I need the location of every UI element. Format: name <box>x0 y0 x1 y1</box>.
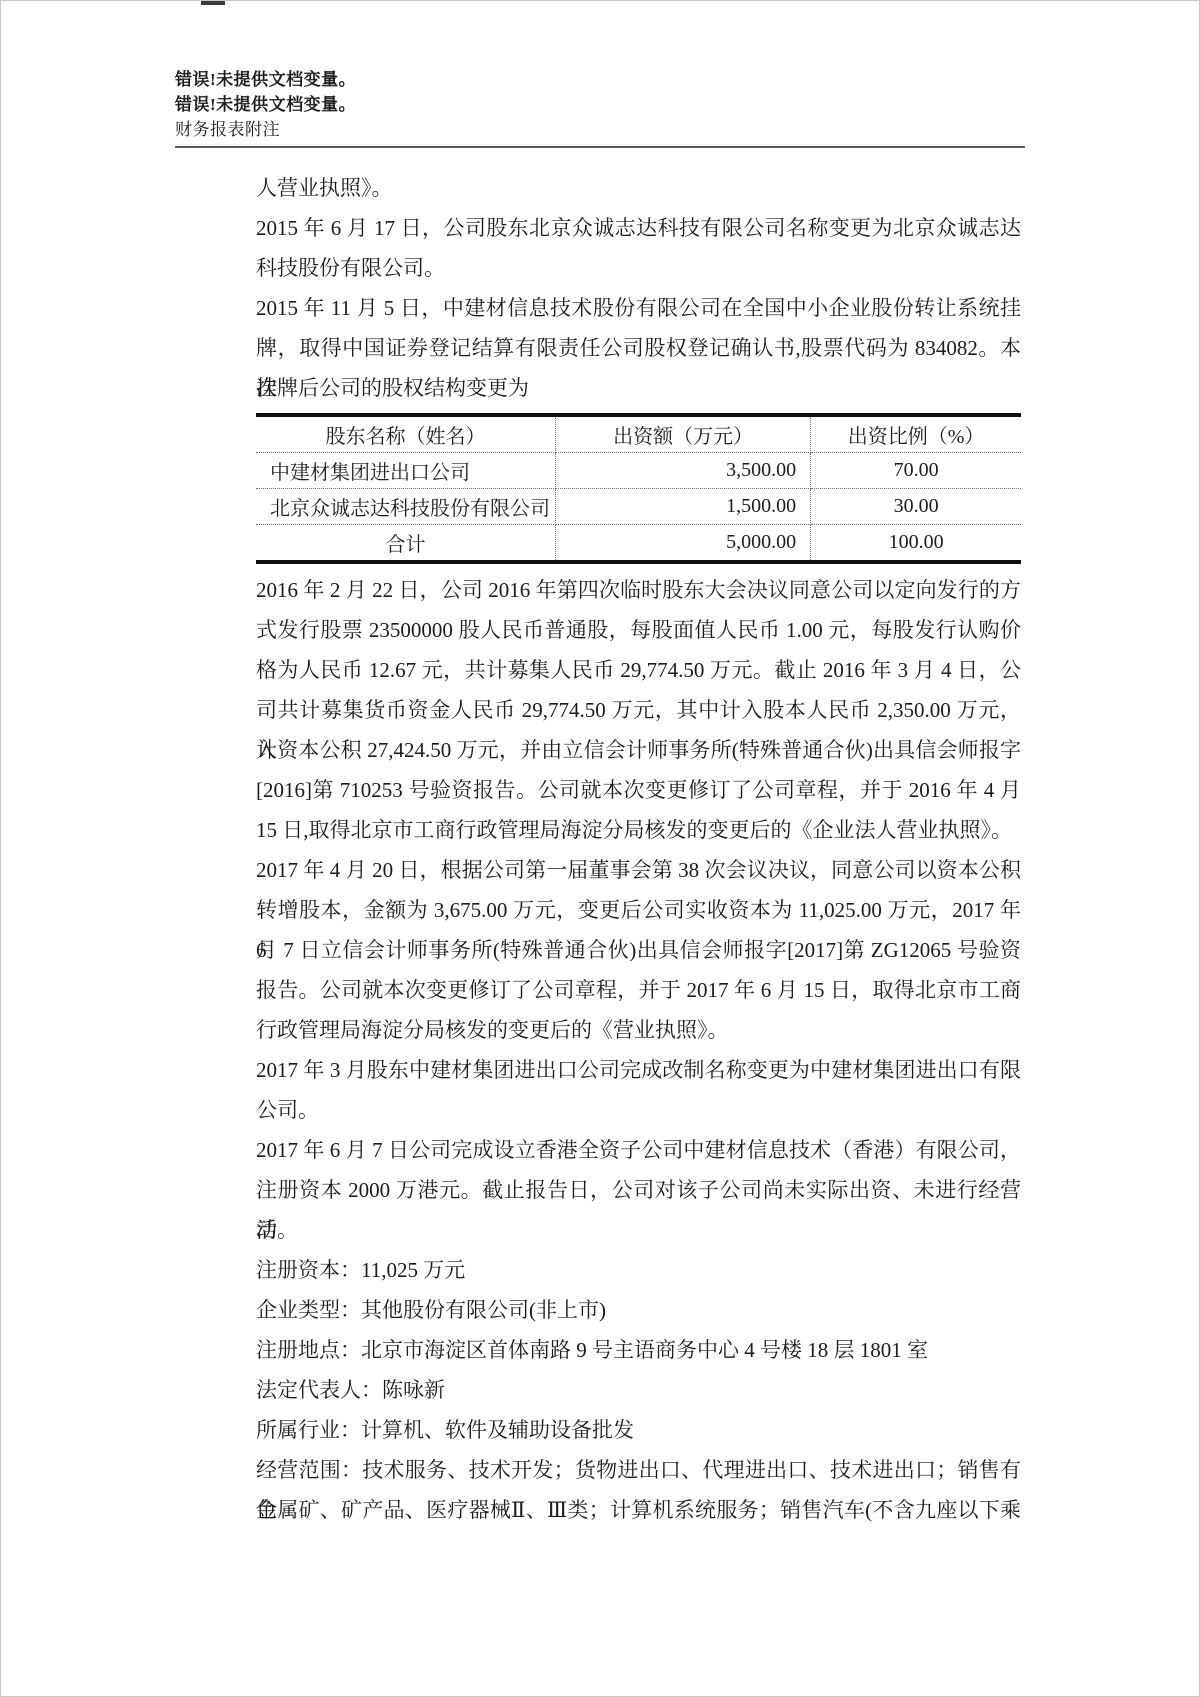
paragraph-2016-02-22: 2016 年 2 月 22 日，公司 2016 年第四次临时股东大会决议同意公司… <box>256 570 1021 850</box>
total-ratio-cell: 100.00 <box>811 525 1021 563</box>
text-line: 2017 年 3 月股东中建材集团进出口公司完成改制名称变更为中建材集团进出口有… <box>256 1050 1021 1090</box>
info-registered-capital: 注册资本：11,025 万元 <box>256 1250 1021 1290</box>
table-cell: 中建材集团进出口公司 <box>256 453 556 489</box>
text-line: 2015 年 11 月 5 日，中建材信息技术股份有限公司在全国中小企业股份转让… <box>256 288 1021 328</box>
col-header-contribution-amount: 出资额（万元） <box>556 415 811 453</box>
header-error-line-2: 错误!未提供文档变量。 <box>175 92 1025 117</box>
total-label-cell: 合计 <box>256 525 556 563</box>
page-header: 错误!未提供文档变量。 错误!未提供文档变量。 财务报表附注 <box>175 67 1025 148</box>
header-error-line-1: 错误!未提供文档变量。 <box>175 67 1025 92</box>
text-line: 动。 <box>256 1210 1021 1250</box>
table-total-row: 合计 5,000.00 100.00 <box>256 525 1021 563</box>
text-line: 牌，取得中国证券登记结算有限责任公司股权登记确认书,股票代码为 834082。本… <box>256 328 1021 368</box>
text-line: 转增股本，金额为 3,675.00 万元，变更后公司实收资本为 11,025.0… <box>256 890 1021 930</box>
text-line: 人营业执照》。 <box>256 168 1021 208</box>
text-line: 司共计募集货币资金人民币 29,774.50 万元，其中计入股本人民币 2,35… <box>256 690 1021 730</box>
table-row: 中建材集团进出口公司3,500.0070.00 <box>256 453 1021 489</box>
table-cell: 北京众诚志达科技股份有限公司 <box>256 489 556 525</box>
table-cell: 3,500.00 <box>556 453 811 489</box>
text-line: 格为人民币 12.67 元，共计募集人民币 29,774.50 万元。截止 20… <box>256 650 1021 690</box>
paragraph-business-scope: 经营范围：技术服务、技术开发；货物进出口、代理进出口、技术进出口；销售有色金属矿… <box>256 1450 1021 1530</box>
text-line: 2017 年 4 月 20 日，根据公司第一届董事会第 38 次会议决议，同意公… <box>256 850 1021 890</box>
text-line: 经营范围：技术服务、技术开发；货物进出口、代理进出口、技术进出口；销售有色 <box>256 1450 1021 1490</box>
text-line: 入资本公积 27,424.50 万元，并由立信会计师事务所(特殊普通合伙)出具信… <box>256 730 1021 770</box>
col-header-contribution-ratio: 出资比例（%） <box>811 415 1021 453</box>
info-company-type: 企业类型：其他股份有限公司(非上市) <box>256 1290 1021 1330</box>
document-body: 人营业执照》。 2015 年 6 月 17 日，公司股东北京众诚志达科技有限公司… <box>256 168 1021 1530</box>
text-line: 公司。 <box>256 1090 1021 1130</box>
paragraph-2017-04-20: 2017 年 4 月 20 日，根据公司第一届董事会第 38 次会议决议，同意公… <box>256 850 1021 1050</box>
text-line: 金属矿、矿产品、医疗器械Ⅱ、Ⅲ类；计算机系统服务；销售汽车(不含九座以下乘 <box>256 1490 1021 1530</box>
text-line: 2017 年 6 月 7 日公司完成设立香港全资子公司中建材信息技术（香港）有限… <box>256 1130 1021 1170</box>
table-cell: 30.00 <box>811 489 1021 525</box>
text-line: 挂牌后公司的股权结构变更为 <box>256 368 1021 408</box>
text-line: 2016 年 2 月 22 日，公司 2016 年第四次临时股东大会决议同意公司… <box>256 570 1021 610</box>
table-row: 北京众诚志达科技股份有限公司1,500.0030.00 <box>256 489 1021 525</box>
paragraph-2017-03: 2017 年 3 月股东中建材集团进出口公司完成改制名称变更为中建材集团进出口有… <box>256 1050 1021 1130</box>
document-page: 错误!未提供文档变量。 错误!未提供文档变量。 财务报表附注 人营业执照》。 2… <box>0 0 1200 1697</box>
table-header-row: 股东名称（姓名） 出资额（万元） 出资比例（%） <box>256 415 1021 453</box>
paragraph-2017-06-07: 2017 年 6 月 7 日公司完成设立香港全资子公司中建材信息技术（香港）有限… <box>256 1130 1021 1250</box>
equity-structure-table: 股东名称（姓名） 出资额（万元） 出资比例（%） 中建材集团进出口公司3,500… <box>256 413 1021 564</box>
table-body: 中建材集团进出口公司3,500.0070.00北京众诚志达科技股份有限公司1,5… <box>256 453 1021 525</box>
text-line: 报告。公司就本次变更修订了公司章程，并于 2017 年 6 月 15 日，取得北… <box>256 970 1021 1010</box>
text-line: 注册资本 2000 万港元。截止报告日，公司对该子公司尚未实际出资、未进行经营活 <box>256 1170 1021 1210</box>
paragraph-continuation: 人营业执照》。 <box>256 168 1021 208</box>
text-line: 月 7 日立信会计师事务所(特殊普通合伙)出具信会师报字[2017]第 ZG12… <box>256 930 1021 970</box>
table-cell: 1,500.00 <box>556 489 811 525</box>
header-divider <box>175 146 1025 148</box>
paragraph-2015-11-05: 2015 年 11 月 5 日，中建材信息技术股份有限公司在全国中小企业股份转让… <box>256 288 1021 408</box>
text-line: 式发行股票 23500000 股人民币普通股，每股面值人民币 1.00 元，每股… <box>256 610 1021 650</box>
col-header-shareholder-name: 股东名称（姓名） <box>256 415 556 453</box>
text-line: 行政管理局海淀分局核发的变更后的《营业执照》。 <box>256 1010 1021 1050</box>
table-cell: 70.00 <box>811 453 1021 489</box>
scan-artifact <box>201 1 225 5</box>
text-line: 2015 年 6 月 17 日，公司股东北京众诚志达科技有限公司名称变更为北京众… <box>256 208 1021 248</box>
info-industry: 所属行业：计算机、软件及辅助设备批发 <box>256 1410 1021 1450</box>
info-registered-address: 注册地点：北京市海淀区首体南路 9 号主语商务中心 4 号楼 18 层 1801… <box>256 1330 1021 1370</box>
total-amount-cell: 5,000.00 <box>556 525 811 563</box>
text-line: 15 日,取得北京市工商行政管理局海淀分局核发的变更后的《企业法人营业执照》。 <box>256 810 1021 850</box>
paragraph-2015-06-17: 2015 年 6 月 17 日，公司股东北京众诚志达科技有限公司名称变更为北京众… <box>256 208 1021 288</box>
header-section-title: 财务报表附注 <box>175 117 1025 142</box>
text-line: 科技股份有限公司。 <box>256 248 1021 288</box>
text-line: [2016]第 710253 号验资报告。公司就本次变更修订了公司章程，并于 2… <box>256 770 1021 810</box>
info-legal-representative: 法定代表人：陈咏新 <box>256 1370 1021 1410</box>
